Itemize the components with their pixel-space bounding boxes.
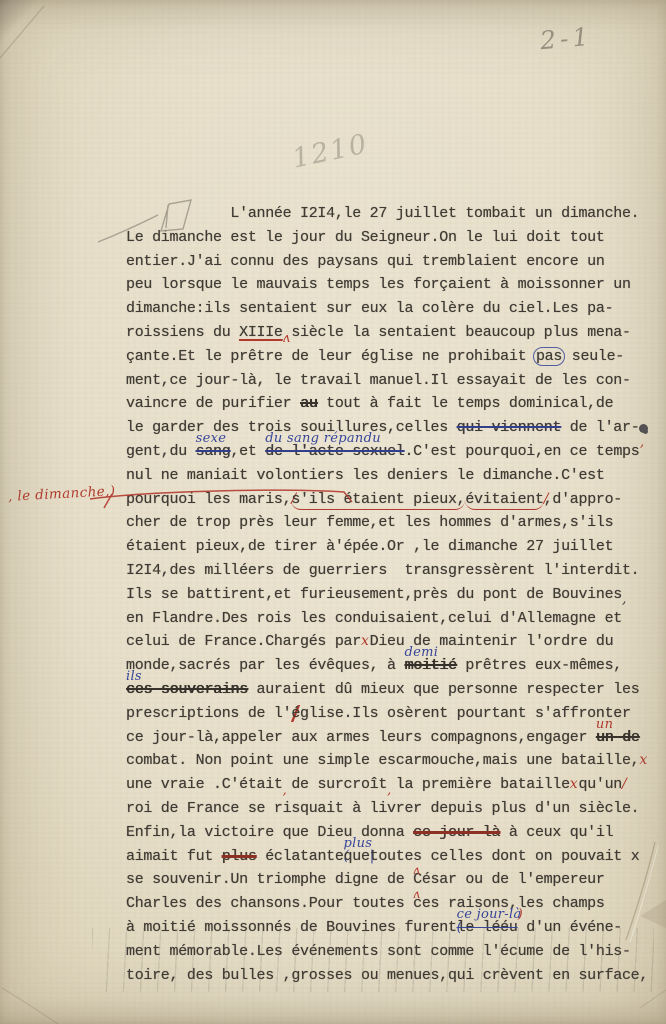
typescript-line-13: pourquoi les maris,/s'ils étaient pieux,… bbox=[126, 488, 666, 512]
red-underline-segment: XIIIe bbox=[239, 324, 283, 341]
typed-segment: cher de trop près leur femme,et les homm… bbox=[126, 514, 613, 531]
typed-segment: en Flandre.Des rois les conduisaient,cel… bbox=[126, 610, 622, 627]
typed-segment: gent,du bbox=[126, 443, 196, 460]
typescript-line-20: monde,sacrés par les évêques, à demimoit… bbox=[126, 654, 666, 678]
pencil-note-center: 1210 bbox=[290, 128, 371, 174]
typescript-line-31: à moitié moissonnés de Bouvines furent(c… bbox=[126, 916, 666, 940]
typed-segment: à ceux qu'il bbox=[500, 824, 613, 841]
typed-segment: qu'un bbox=[570, 776, 622, 793]
typed-segment: d'un événe- bbox=[518, 919, 622, 936]
typed-segment: çante.Et le prêtre de leur église ne pro… bbox=[126, 348, 535, 365]
red-bracketed-segment: évitaient bbox=[465, 491, 543, 510]
red-struck-segment: plus bbox=[222, 848, 257, 865]
typescript-line-23: ce jour-là,appeler aux armes leurs compa… bbox=[126, 726, 666, 750]
manuscript-page: 2-1 1210 L'année I2I4,le 27 juillet tomb… bbox=[0, 0, 666, 1024]
typescript-line-22: prescriptions de l'église.Ils osèrent po… bbox=[126, 702, 666, 726]
red-margin-note: , le dimanche,) bbox=[8, 483, 116, 505]
typed-segment: L'année I2I4,le 27 juillet tombait un di… bbox=[126, 205, 639, 222]
typed-segment: auraient dû mieux que personne respecter… bbox=[248, 681, 640, 698]
typed-segment: peu lorsque le mauvais temps les forçaie… bbox=[126, 276, 631, 293]
typescript-line-8: ment,ce jour-là, le travail manuel.Il es… bbox=[126, 369, 666, 393]
blue-circled-segment: pas bbox=[533, 347, 565, 366]
typed-segment: toutes celles dont on pouvait x bbox=[370, 848, 640, 865]
red-bracketed-segment: s'ils étaient pieux, bbox=[291, 491, 465, 510]
typed-segment: roi de France se risquait à livrer depui… bbox=[126, 800, 639, 817]
typed-struck-segment: au bbox=[300, 395, 317, 412]
typed-segment: glise.Ils osèrent pourtant s'affronter bbox=[300, 705, 631, 722]
typescript-line-7: çante.Et le prêtre de leur église ne pro… bbox=[126, 345, 666, 369]
typed-segment: tout à fait le temps dominical,de bbox=[317, 395, 613, 412]
typescript-line-27: Enfin,la victoire que Dieu donna ce jour… bbox=[126, 821, 666, 845]
typescript-line-3: entier.J'ai connu des paysans qui trembl… bbox=[126, 250, 666, 274]
typescript-line-18: en Flandre.Des rois les conduisaient,cel… bbox=[126, 607, 666, 631]
typed-segment: de l'ar- bbox=[561, 419, 639, 436]
typescript-line-17: Ils se battirent,et furieusement,près du… bbox=[126, 583, 666, 607]
typed-segment: de surcroît bbox=[283, 776, 387, 793]
typed-segment: ,et bbox=[230, 443, 265, 460]
typescript-text-block: L'année I2I4,le 27 juillet tombait un di… bbox=[126, 202, 666, 987]
typescript-line-19: celui de France.Chargés parx Dieu de mai… bbox=[126, 630, 666, 654]
typed-segment: entier.J'ai connu des paysans qui trembl… bbox=[126, 253, 605, 270]
typescript-line-29: se souvenir.Un triomphe digne de ʌCésar … bbox=[126, 868, 666, 892]
typescript-line-21: ilsces souverains auraient dû mieux que … bbox=[126, 678, 666, 702]
typed-segment: prêtres eux-mêmes, bbox=[457, 657, 622, 674]
typescript-line-30: Charles des chansons.Pour toutes ʌces ra… bbox=[126, 892, 666, 916]
typescript-line-15: étaient pieux,de tirer à'épée.Or ,le dim… bbox=[126, 535, 666, 559]
typed-segment: Dieu de maintenir l'ordre du bbox=[361, 633, 613, 650]
typed-segment: celui de France.Chargés par bbox=[126, 633, 361, 650]
typed-segment: siècle la sentaient beaucoup plus mena- bbox=[283, 324, 631, 341]
blue-struck-segment: qui viennent bbox=[457, 419, 561, 436]
typescript-line-32: ment mémorable.Les événements sont comme… bbox=[126, 940, 666, 964]
typed-segment: se souvenir.Un triomphe digne de bbox=[126, 871, 413, 888]
typescript-line-24: combat. Non point une simple escarmouche… bbox=[126, 749, 666, 773]
typed-segment: la première bataille bbox=[387, 776, 570, 793]
typescript-line-6: roissiens du XIIIeʌ siècle la sentaient … bbox=[126, 321, 666, 345]
typed-segment: Charles des chansons.Pour toutes bbox=[126, 895, 413, 912]
typescript-line-2: Le dimanche est le jour du Seigneur.On l… bbox=[126, 226, 666, 250]
typed-segment: pourquoi les maris, bbox=[126, 491, 291, 508]
typed-segment: .C'est pourquoi,en ce temps bbox=[404, 443, 639, 460]
typed-segment: I2I4,des milléers de guerriers transgres… bbox=[126, 562, 639, 579]
typescript-line-28: aimait fut plus éclatanteplus(que|toutes… bbox=[126, 845, 666, 869]
typed-segment: ment mémorable.Les événements sont comme… bbox=[126, 943, 631, 960]
typed-segment: Le dimanche est le jour du Seigneur.On l… bbox=[126, 229, 605, 246]
typescript-line-5: dimanche:ils sentaient sur eux la colère… bbox=[126, 297, 666, 321]
ink-blob-segment bbox=[639, 424, 648, 433]
typed-segment: éclatante bbox=[257, 848, 344, 865]
red-struck-segment: ce jour-là bbox=[413, 824, 500, 841]
typed-segment: roissiens du bbox=[126, 324, 239, 341]
typescript-line-12: nul ne maniait volontiers les deniers le… bbox=[126, 464, 666, 488]
typed-segment: seule- bbox=[563, 348, 624, 365]
typed-segment: César ou de l'empereur bbox=[413, 871, 604, 888]
typed-struck-segment: ces souverains bbox=[126, 681, 248, 698]
typescript-line-11: gent,du sexesang,et du sang répandude l'… bbox=[126, 440, 666, 464]
typescript-line-26: roi de France se risquait à livrer depui… bbox=[126, 797, 666, 821]
typed-segment: dimanche:ils sentaient sur eux la colère… bbox=[126, 300, 613, 317]
typed-segment: toire, des bulles ,grosses ou menues,qui… bbox=[126, 967, 648, 984]
typescript-line-25: une vraie .C'était, de surcroît, la prem… bbox=[126, 773, 666, 797]
typescript-line-1: L'année I2I4,le 27 juillet tombait un di… bbox=[126, 202, 666, 226]
typed-segment: étaient pieux,de tirer à'épée.Or ,le dim… bbox=[126, 538, 613, 555]
typescript-line-4: peu lorsque le mauvais temps les forçaie… bbox=[126, 273, 666, 297]
typescript-line-9: vaincre de purifier au tout à fait le te… bbox=[126, 392, 666, 416]
pencil-note-top-right: 2-1 bbox=[539, 22, 594, 55]
typed-segment: une vraie .C'était bbox=[126, 776, 283, 793]
typed-segment: monde,sacrés par les évêques, à bbox=[126, 657, 404, 674]
typed-segment: ment,ce jour-là, le travail manuel.Il es… bbox=[126, 372, 631, 389]
typed-segment: Ils se battirent,et furieusement,près du… bbox=[126, 586, 622, 603]
typed-segment: vaincre de purifier bbox=[126, 395, 300, 412]
typed-segment: ,d'appro- bbox=[544, 491, 622, 508]
typescript-line-16: I2I4,des milléers de guerriers transgres… bbox=[126, 559, 666, 583]
typed-segment: nul ne maniait volontiers les deniers le… bbox=[126, 467, 605, 484]
typed-segment: combat. Non point une simple escarmouche… bbox=[126, 752, 639, 769]
typed-segment: prescriptions de l' bbox=[126, 705, 291, 722]
typed-segment: à moitié moissonnés de Bouvines furent bbox=[126, 919, 457, 936]
red-slashed-char-segment: é bbox=[291, 705, 300, 722]
typescript-line-33: toire, des bulles ,grosses ou menues,qui… bbox=[126, 964, 666, 988]
typed-segment: ce jour-là,appeler aux armes leurs compa… bbox=[126, 729, 596, 746]
typed-segment: aimait fut bbox=[126, 848, 222, 865]
typescript-line-14: cher de trop près leur femme,et les homm… bbox=[126, 511, 666, 535]
